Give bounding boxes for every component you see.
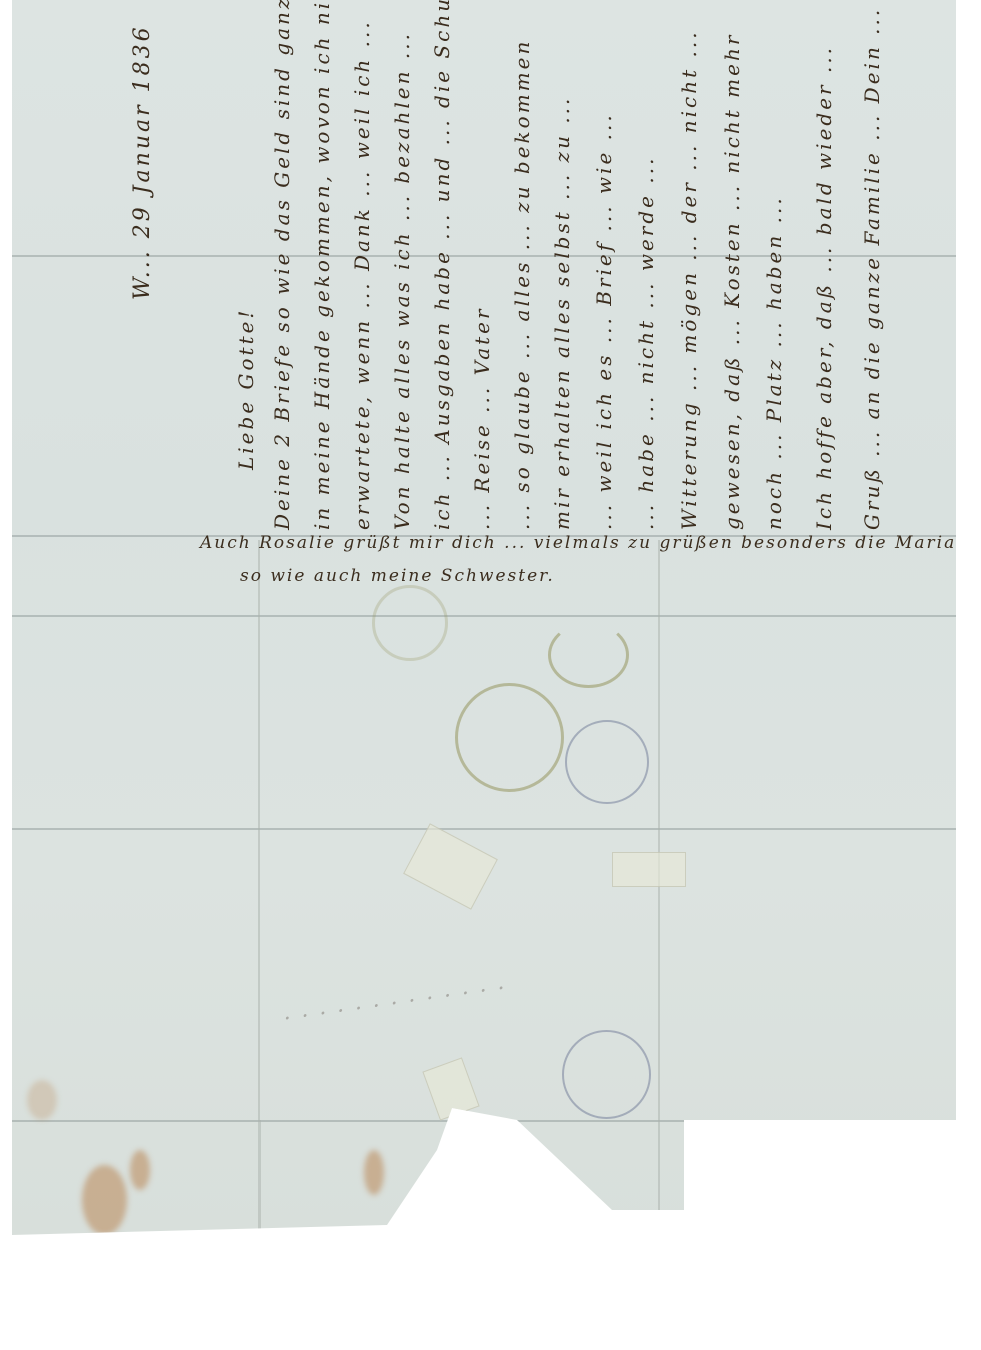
stain bbox=[130, 1150, 150, 1190]
body-line: ... weil ich es ... Brief ... wie ... bbox=[592, 112, 616, 530]
dateline: W... 29 Januar 1836 bbox=[130, 24, 155, 300]
body-line: Deine 2 Briefe so wie das Geld sind ganz… bbox=[270, 0, 294, 530]
postscript-line: Auch Rosalie grüßt mir dich ... vielmals… bbox=[200, 533, 956, 553]
stain bbox=[364, 1150, 384, 1195]
tape-piece bbox=[422, 1057, 479, 1120]
bleed-through-text: . . . . . . . . . . . . . bbox=[281, 969, 507, 1025]
tape-piece bbox=[612, 852, 686, 887]
body-line: Witterung ... mögen ... der ... nicht ..… bbox=[677, 29, 701, 530]
salutation: Liebe Gotte! bbox=[234, 308, 258, 470]
body-line: ... habe ... nicht ... werde ... bbox=[634, 156, 658, 530]
postmark bbox=[565, 720, 649, 804]
body-line: Ich hoffe aber, daß ... bald wieder ... bbox=[812, 45, 836, 530]
body-line: noch ... Platz ... haben ... bbox=[762, 195, 786, 530]
postmark bbox=[548, 622, 629, 688]
stain bbox=[27, 1080, 57, 1120]
fold-line bbox=[260, 1120, 261, 1235]
letter-sheet: W... 29 Januar 1836 Liebe Gotte! Deine 2… bbox=[12, 0, 956, 1235]
postmark bbox=[455, 683, 564, 792]
postscript-line: so wie auch meine Schwester. bbox=[240, 566, 555, 586]
fold-line bbox=[658, 540, 660, 1235]
fold-line bbox=[12, 828, 956, 830]
body-line: ... so glaube ... alles ... zu bekommen bbox=[510, 39, 534, 530]
postmark bbox=[372, 585, 448, 661]
body-line: gewesen, daß ... Kosten ... nicht mehr bbox=[720, 33, 744, 530]
body-line: in meine Hände gekommen, wovon ich nicht… bbox=[310, 0, 334, 530]
body-line: erwartete, wenn ... Dank ... weil ich ..… bbox=[350, 19, 374, 530]
body-line: Von halte alles was ich ... bezahlen ... bbox=[390, 31, 414, 530]
body-line: mir erhalten alles selbst ... zu ... bbox=[550, 96, 574, 530]
stain bbox=[82, 1165, 127, 1235]
body-line: ... Reise ... Vater bbox=[470, 306, 494, 530]
postmark bbox=[562, 1030, 651, 1119]
body-line: Gruß ... an die ganze Familie ... Dein .… bbox=[860, 7, 884, 530]
fold-line bbox=[12, 615, 956, 617]
fold-line bbox=[12, 1120, 956, 1122]
body-line: ich ... Ausgaben habe ... und ... die Sc… bbox=[430, 0, 454, 530]
tape-piece bbox=[403, 823, 498, 909]
